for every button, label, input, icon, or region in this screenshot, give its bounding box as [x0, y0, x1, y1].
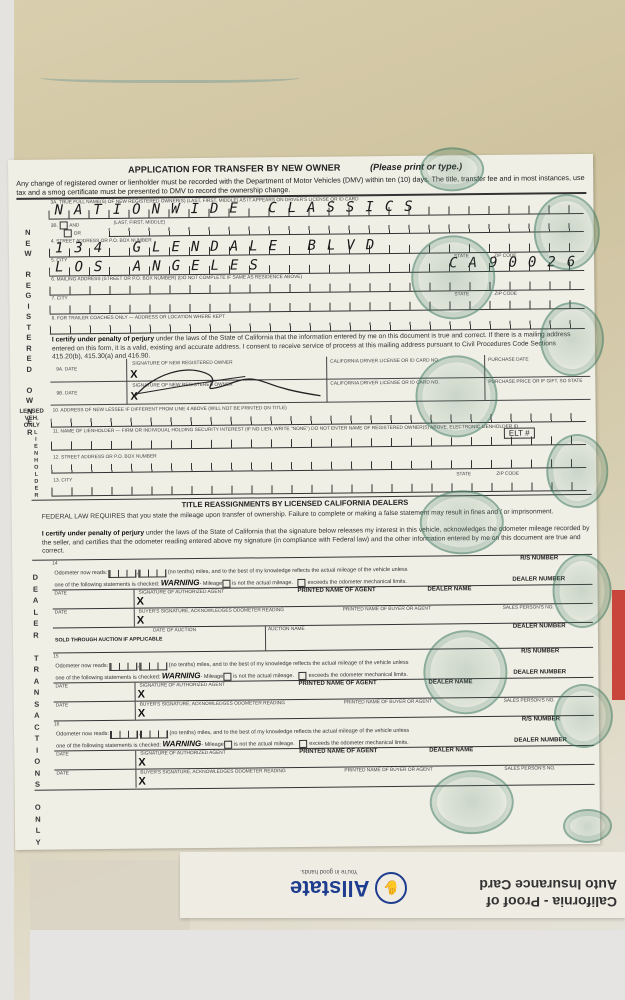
agent-sig-label-16: SIGNATURE OF AUTHORIZED AGENT	[140, 751, 226, 757]
divider	[326, 357, 327, 403]
odometer-thousands-16[interactable]	[110, 730, 138, 738]
dmv-seal-stamp	[554, 684, 614, 749]
divider	[135, 770, 136, 788]
dmv-seal-stamp	[429, 770, 514, 835]
printed-agent-label-16: PRINTED NAME OF AGENT	[299, 748, 377, 755]
allstate-logo: ✋ Allstate	[290, 872, 407, 904]
plastic-sleeve-shadow	[30, 860, 190, 940]
rs-number-label-15: R/S NUMBER	[521, 648, 559, 654]
sales-person-label-15: SALES PERSON'S NO.	[504, 698, 555, 704]
form-header: APPLICATION FOR TRANSFER BY NEW OWNER (P…	[8, 160, 593, 166]
date-label-15a: DATE	[55, 684, 67, 689]
printed-agent-label-14: PRINTED NAME OF AGENT	[297, 587, 375, 594]
date-9b-label: 9b. DATE	[56, 391, 77, 396]
odometer-units-14[interactable]	[138, 569, 166, 577]
date-label-14a: DATE	[55, 591, 67, 596]
brand-name: Allstate	[290, 875, 369, 901]
plastic-sleeve-bottom	[30, 930, 625, 1000]
or-checkbox[interactable]	[64, 229, 72, 237]
date-label-16a: DATE	[56, 752, 68, 757]
insurance-title-line-2: Auto Insurance Card	[479, 876, 617, 893]
divider	[135, 702, 136, 720]
printed-buyer-label-14: PRINTED NAME OF BUYER OR AGENT	[343, 607, 431, 613]
block-number-15: 15	[53, 654, 58, 659]
buyer-signature-x-15[interactable]: X	[138, 708, 145, 720]
insurance-card: California - Proof of Auto Insurance Car…	[180, 852, 625, 918]
dealer-number-label-16: DEALER NUMBER	[514, 737, 567, 744]
date-label-15b: DATE	[56, 703, 68, 708]
date-9a-label: 9a. DATE	[56, 367, 77, 372]
printed-agent-label-15: PRINTED NAME OF AGENT	[298, 680, 376, 687]
dmv-seal-stamp	[546, 434, 609, 509]
buyer-sig-label-16: BUYER'S SIGNATURE, ACKNOWLEDGES ODOMETER…	[140, 769, 285, 776]
insurance-title-line-1: California - Proof of	[479, 893, 617, 910]
exceeds-checkbox-14[interactable]	[298, 578, 306, 586]
section-side-label-leased: LEASED VEH. ONLY	[17, 409, 47, 430]
agent-signature-x-15[interactable]: X	[138, 689, 145, 701]
plastic-sleeve-fold	[40, 70, 300, 83]
not-actual-checkbox-14[interactable]	[222, 579, 230, 587]
purchase-price-label: PURCHASE PRICE OR IF GIFT, SO STATE	[488, 379, 582, 385]
federal-law-notice: FEDERAL LAW REQUIRES that you state the …	[42, 508, 590, 522]
city-value: LOS ANGELES	[55, 257, 269, 275]
date-label-16b: DATE	[56, 771, 68, 776]
form-title: APPLICATION FOR TRANSFER BY NEW OWNER	[128, 163, 340, 175]
brand-tagline: You're in good hands.	[300, 868, 358, 874]
dealer-name-label-14: DEALER NAME	[427, 586, 471, 592]
auction-dealer-number-label: DEALER NUMBER	[513, 623, 566, 630]
good-hands-icon: ✋	[375, 872, 407, 904]
date-of-auction-label: DATE OF AUCTION	[153, 628, 196, 633]
buyer-sig-label-15: BUYER'S SIGNATURE, ACKNOWLEDGES ODOMETER…	[140, 701, 285, 708]
dmv-seal-stamp	[540, 302, 605, 377]
dealer-number-label-15: DEALER NUMBER	[513, 669, 566, 676]
dmv-seal-stamp	[415, 355, 498, 438]
sales-person-label-14: SALES PERSON'S NO.	[503, 605, 554, 611]
section-side-label-new-registered-owner: NEWREGISTEREDOWNER	[23, 228, 35, 438]
section-side-label-new-lienholder: LIENHOLDER	[31, 430, 42, 500]
dmv-seal-stamp	[423, 630, 508, 715]
odometer-units-16[interactable]	[140, 730, 168, 738]
dealer-section-title: TITLE REASSIGNMENTS BY LICENSED CALIFORN…	[182, 498, 409, 509]
buyer-sig-label-14: BUYER'S SIGNATURE, ACKNOWLEDGES ODOMETER…	[139, 608, 284, 615]
sales-person-label-16: SALES PERSON'S NO.	[504, 766, 555, 772]
odometer-thousands-15[interactable]	[110, 662, 138, 670]
dmv-seal-stamp	[563, 809, 612, 844]
lienholder-street-field[interactable]	[51, 450, 586, 474]
agent-sig-label-15: SIGNATURE OF AUTHORIZED AGENT	[139, 683, 225, 689]
not-actual-checkbox-16[interactable]	[224, 740, 232, 748]
divider	[134, 590, 135, 608]
transfer-form: APPLICATION FOR TRANSFER BY NEW OWNER (P…	[8, 154, 600, 850]
date-label-14b: DATE	[55, 610, 67, 615]
lienholder-city-field[interactable]	[51, 473, 586, 497]
dmv-seal-stamp	[411, 235, 496, 320]
dl-label-1: CALIFORNIA DRIVER LICENSE OR ID CARD NO.	[330, 358, 439, 364]
buyer-signature-x-16[interactable]: X	[138, 776, 145, 788]
insurance-card-title: California - Proof of Auto Insurance Car…	[479, 876, 617, 910]
exceeds-checkbox-16[interactable]	[299, 739, 307, 747]
divider	[134, 609, 135, 627]
printed-buyer-label-15: PRINTED NAME OF BUYER OR AGENT	[344, 700, 432, 706]
not-actual-checkbox-15[interactable]	[223, 672, 231, 680]
block-number-14: 14	[52, 562, 57, 567]
agent-sig-label-14: SIGNATURE OF AUTHORIZED AGENT	[139, 590, 225, 596]
divider	[135, 751, 136, 769]
block-number-16: 16	[54, 722, 59, 727]
divider	[265, 626, 266, 650]
divider	[134, 683, 135, 701]
dealer-name-label-16: DEALER NAME	[429, 747, 473, 753]
buyer-signature-x-14[interactable]: X	[137, 615, 144, 627]
printed-buyer-label-16: PRINTED NAME OF BUYER OR AGENT	[344, 768, 432, 774]
agent-signature-x-14[interactable]: X	[137, 596, 144, 608]
divider	[53, 647, 593, 654]
section-side-label-dealer-transactions: DEALERTRANSACTIONSONLY	[30, 572, 43, 848]
dmv-seal-stamp	[533, 194, 600, 271]
and-checkbox[interactable]	[59, 221, 67, 229]
odometer-units-15[interactable]	[139, 662, 167, 670]
rs-number-label-14: R/S NUMBER	[520, 555, 558, 561]
agent-signature-x-16[interactable]: X	[138, 757, 145, 769]
odometer-thousands-14[interactable]	[109, 569, 137, 577]
purchase-date-label: PURCHASE DATE	[488, 358, 528, 363]
or-checkbox-row: OR	[64, 229, 81, 237]
owner-signature-scrawl	[125, 362, 325, 404]
dealer-certification: I certify under penalty of perjury under…	[42, 525, 590, 556]
auction-name-label: AUCTION NAME	[268, 627, 305, 632]
exceeds-checkbox-15[interactable]	[299, 671, 307, 679]
dmv-seal-stamp	[552, 554, 612, 629]
sold-through-auction-label: SOLD THROUGH AUCTION IF APPLICABLE	[55, 636, 162, 644]
name-3b-field[interactable]	[109, 214, 584, 237]
red-document-edge	[612, 590, 625, 700]
